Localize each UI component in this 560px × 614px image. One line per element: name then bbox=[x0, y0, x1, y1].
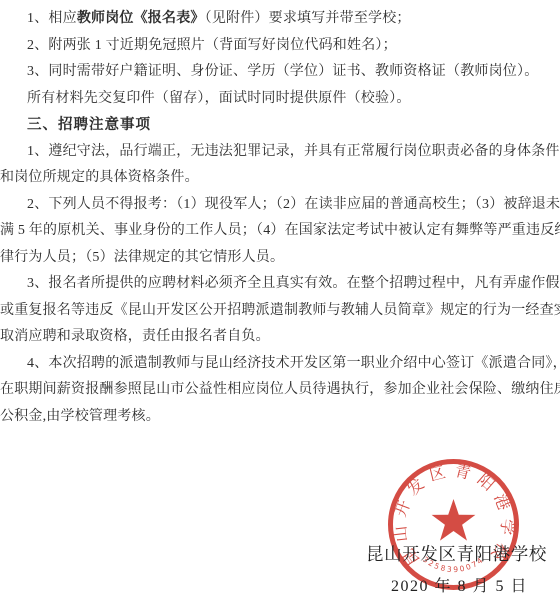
materials-item-1: 1、相应教师岗位《报名表》（见附件）要求填写并带至学校； bbox=[0, 6, 550, 33]
notice-line: 和岗位所规定的具体资格条件。 bbox=[0, 165, 550, 192]
materials-item-4: 所有材料先交复印件（留存），面试时同时提供原件（校验）。 bbox=[0, 86, 550, 113]
notice-line: 取消应聘和录取资格，责任由报名者自负。 bbox=[0, 324, 550, 351]
notice-line: 律行为人员；（5）法律规定的其它情形人员。 bbox=[0, 245, 550, 272]
notice-line: 2、下列人员不得报考：（1）现役军人；（2）在读非应届的普通高校生；（3）被辞退… bbox=[0, 192, 550, 219]
materials-item-1-post: （见附件）要求填写并带至学校； bbox=[205, 11, 411, 26]
notice-line: 公积金,由学校管理考核。 bbox=[0, 404, 550, 431]
section-heading: 三、招聘注意事项 bbox=[0, 112, 550, 139]
notice-line: 在职期间薪资报酬参照昆山市公益性相应岗位人员待遇执行，参加企业社会保险、缴纳住房 bbox=[0, 377, 550, 404]
signature-school-name: 昆山开发区青阳港学校 bbox=[366, 541, 547, 566]
notice-line: 1、遵纪守法，品行端正，无违法犯罪记录，并具有正常履行岗位职责必备的身体条件 bbox=[0, 139, 550, 166]
materials-item-1-pre: 1、相应 bbox=[27, 11, 77, 26]
materials-item-2: 2、附两张 1 寸近期免冠照片（背面写好岗位代码和姓名）； bbox=[0, 33, 550, 60]
star-icon bbox=[432, 499, 476, 541]
document-body: 1、相应教师岗位《报名表》（见附件）要求填写并带至学校； 2、附两张 1 寸近期… bbox=[0, 6, 550, 430]
notice-line: 满 5 年的原机关、事业身份的工作人员；（4）在国家法定考试中被认定有舞弊等严重… bbox=[0, 218, 550, 245]
signature-date: 2020 年 8 月 5 日 bbox=[391, 573, 528, 596]
notice-line: 3、报名者所提供的应聘材料必须齐全且真实有效。在整个招聘过程中，凡有弄虚作假 bbox=[0, 271, 550, 298]
notice-line: 或重复报名等违反《昆山开发区公开招聘派遣制教师与教辅人员简章》规定的行为一经查实… bbox=[0, 298, 550, 325]
materials-item-1-bold: 教师岗位《报名表》 bbox=[77, 11, 205, 26]
notice-line: 4、本次招聘的派遣制教师与昆山经济技术开发区第一职业介绍中心签订《派遣合同》， bbox=[0, 351, 550, 378]
document-page: 1、相应教师岗位《报名表》（见附件）要求填写并带至学校； 2、附两张 1 寸近期… bbox=[0, 0, 560, 614]
materials-item-3: 3、同时需带好户籍证明、身份证、学历（学位）证书、教师资格证（教师岗位）。 bbox=[0, 59, 550, 86]
